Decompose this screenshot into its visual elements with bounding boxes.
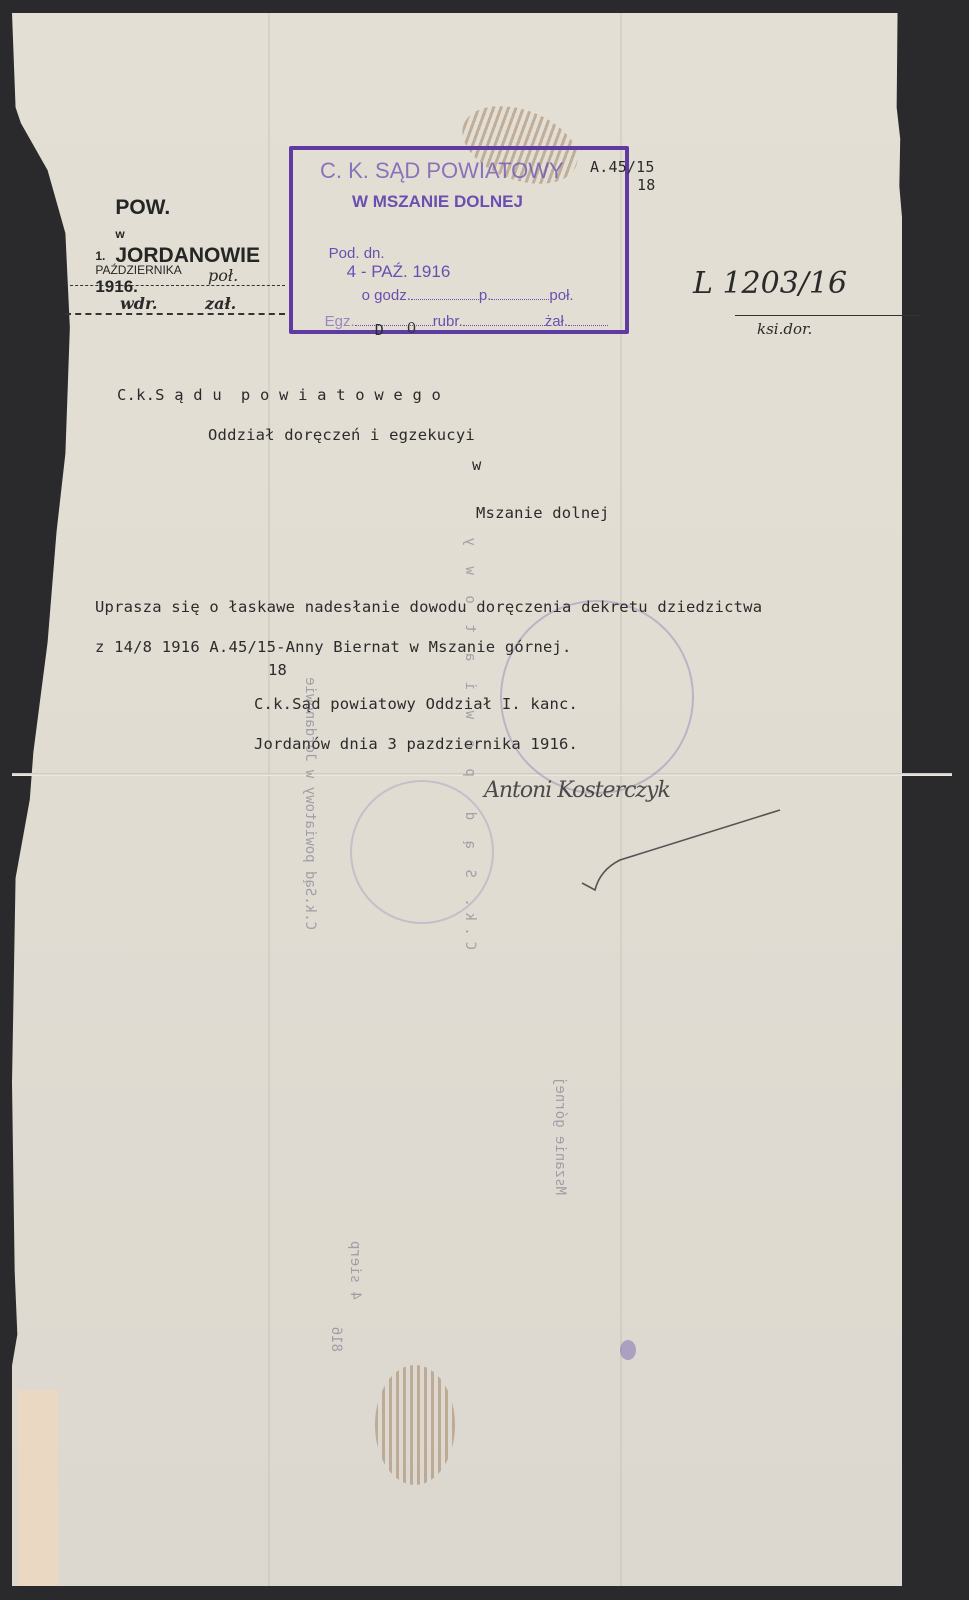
- faded-postmark-bottom: [375, 1365, 455, 1485]
- signature-flourish: [560, 805, 790, 895]
- stamp-date-month: PAŹDZIERNIKA: [95, 263, 181, 277]
- rubr-label: rubr.: [433, 313, 463, 330]
- stamp-pol-label: poł.: [208, 266, 238, 285]
- copies-hand: 0: [407, 319, 417, 337]
- body-line1: Uprasza się o łaskawe nadesłanie dowodu …: [95, 598, 762, 616]
- addressee-line1: C.k.S ą d u p o w i a t o w e g o: [117, 386, 441, 404]
- case-number-top: A.45/15: [590, 158, 655, 176]
- received-label: Pod. dn.: [329, 245, 385, 262]
- handwritten-ref-number: L 1203/16: [693, 266, 847, 301]
- addressee-line3: w: [472, 456, 482, 474]
- ink-blot: [620, 1340, 636, 1360]
- handwritten-underline: [735, 315, 920, 316]
- bleed-through-line4: 4 sierp: [347, 1241, 363, 1300]
- receipt-stamp-city: W MSZANIE DOLNEJ: [352, 192, 523, 212]
- bleed-through-line2: C.k. S ą d p o w i a t o w y: [462, 532, 478, 950]
- receipt-stamp-court: C. K. SĄD POWIATOWY: [320, 158, 564, 184]
- handwritten-note: ksi.dor.: [757, 320, 812, 338]
- horizontal-fold: [12, 773, 952, 776]
- bleed-through-line5: 816: [328, 1327, 344, 1352]
- body-line2-subscript: 18: [268, 661, 287, 679]
- stamp-dotted-line-2: [65, 313, 285, 315]
- stamp-date-day: 1.: [95, 249, 105, 263]
- signature: Antoni Kosterczyk: [484, 778, 670, 803]
- copies-label: Egz.: [325, 313, 355, 330]
- fold-line: [268, 13, 270, 1586]
- zal-label: żał.: [545, 313, 568, 330]
- bleed-through-line3: Mszanie górnej: [552, 1077, 568, 1195]
- addressee-line4: Mszanie dolnej: [476, 504, 609, 522]
- paper-repair-strip: [18, 1390, 58, 1586]
- stamp-wdr-label: wdr.: [120, 294, 158, 313]
- stamp-dotted-line-1: [65, 285, 285, 286]
- copies-typed: D: [375, 321, 384, 339]
- bleed-through-line1: C.k.Sąd powiatowy w Jordanowie: [302, 677, 318, 930]
- case-number-bottom: 18: [637, 176, 655, 194]
- body-line2: z 14/8 1916 A.45/15-Anny Biernat w Mszan…: [95, 638, 572, 656]
- stamp-zal-label: zał.: [205, 294, 236, 313]
- addressee-line2: Oddział doręczeń i egzekucyi: [208, 426, 475, 444]
- court-name-partial: POW.: [115, 196, 170, 219]
